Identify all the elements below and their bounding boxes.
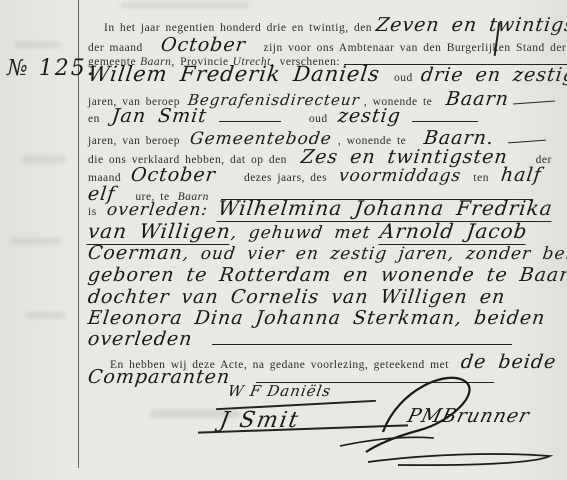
handwritten-date-day: Zeven en twintigsten bbox=[375, 14, 567, 36]
bleed-through-mark bbox=[26, 312, 66, 318]
printed-text: oud bbox=[394, 72, 413, 84]
printed-text: en bbox=[88, 113, 100, 125]
printed-text: is bbox=[88, 206, 97, 218]
declarant2-name: Jan Smit bbox=[111, 105, 209, 127]
death-certificate-scan: № 125. In het jaar negentien honderd dri… bbox=[0, 0, 567, 480]
handwritten-overleden-2: overleden bbox=[87, 328, 194, 350]
deceased-birthplace-residence: geboren te Rotterdam en wonende te Baarn bbox=[87, 264, 567, 286]
act-number: № 125. bbox=[7, 56, 96, 81]
blank-rule bbox=[219, 119, 281, 122]
act-line-14: geboren te Rotterdam en wonende te Baarn bbox=[88, 264, 567, 286]
ink-dash bbox=[513, 98, 555, 104]
handwritten-overleden: overleden: bbox=[105, 200, 209, 220]
bleed-through-mark bbox=[22, 156, 66, 163]
printed-text: In het jaar negentien honderd drie en tw… bbox=[104, 22, 372, 34]
deceased-age-profession: , oud vier en zestig jaren, zonder beroe… bbox=[182, 244, 567, 264]
deceased-mother: Eleonora Dina Johanna Sterkman, beiden bbox=[87, 307, 547, 329]
signature-comparant1-text: W F Daniëls bbox=[226, 382, 332, 400]
bleed-through-mark bbox=[10, 238, 62, 244]
handwritten-text: , gehuwd met bbox=[230, 223, 372, 243]
blank-rule bbox=[412, 119, 478, 122]
ink-dash bbox=[508, 138, 546, 144]
deceased-father: dochter van Cornelis van Willigen en bbox=[87, 286, 507, 308]
act-line-17: overleden bbox=[88, 328, 512, 350]
signature-comparant1: W F Daniëls bbox=[228, 382, 331, 400]
declarant1-age: drie en zestig bbox=[419, 64, 567, 86]
handwritten-comparanten: Comparanten bbox=[87, 366, 232, 388]
act-line-15: dochter van Cornelis van Willigen en bbox=[88, 286, 505, 308]
act-body: In het jaar negentien honderd drie en tw… bbox=[88, 0, 562, 480]
printed-text: oud bbox=[309, 113, 328, 125]
act-line-6: en Jan Smit oud zestig bbox=[88, 105, 478, 127]
signature-official-text: PMBrunner bbox=[405, 405, 532, 427]
blank-rule bbox=[212, 342, 512, 345]
signature-official: PMBrunner bbox=[408, 405, 529, 427]
bleed-through-mark bbox=[14, 42, 62, 48]
act-line-16: Eleonora Dina Johanna Sterkman, beiden bbox=[88, 307, 545, 329]
declarant1-name: Willem Frederik Daniels bbox=[87, 62, 382, 86]
declarant2-age: zestig bbox=[336, 105, 402, 127]
act-line-13: Coerman, oud vier en zestig jaren, zonde… bbox=[88, 242, 567, 264]
spouse-surname: Coerman bbox=[87, 242, 185, 264]
act-line-4: Willem Frederik Daniels oud drie en zest… bbox=[88, 62, 567, 86]
